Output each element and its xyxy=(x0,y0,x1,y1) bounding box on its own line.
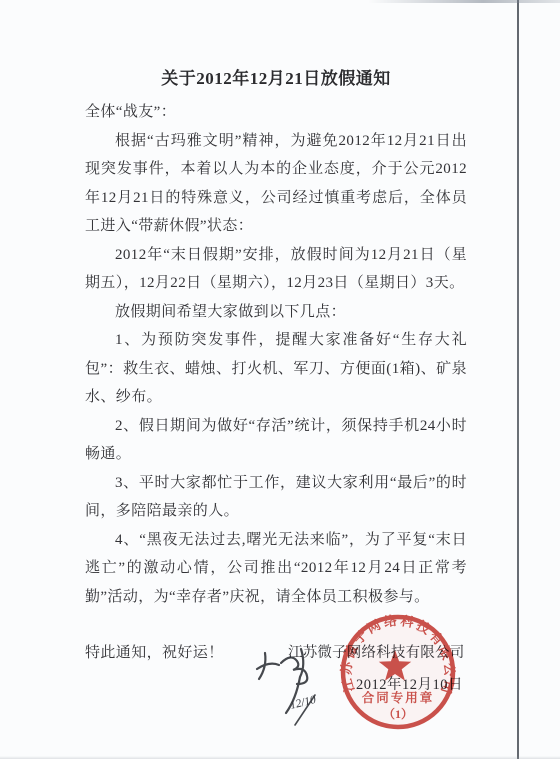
scan-edge-line xyxy=(517,0,519,759)
handwritten-signature: 12/10 xyxy=(243,645,355,733)
issue-date: 2012年12月10日 xyxy=(356,673,463,694)
signature-block: 江苏微子网络科技有限公司 合同专用章 （1） 江苏微子网络科技有限公司 2012… xyxy=(0,0,560,759)
handwritten-date: 12/10 xyxy=(289,694,318,712)
signature-stroke xyxy=(257,664,279,669)
document-page: 关于2012年12月21日放假通知 全体“战友”： 根据“古玛雅文明”精神，为避… xyxy=(0,0,560,759)
seal-number: （1） xyxy=(383,706,413,721)
page-edge-shading-top xyxy=(368,0,560,3)
